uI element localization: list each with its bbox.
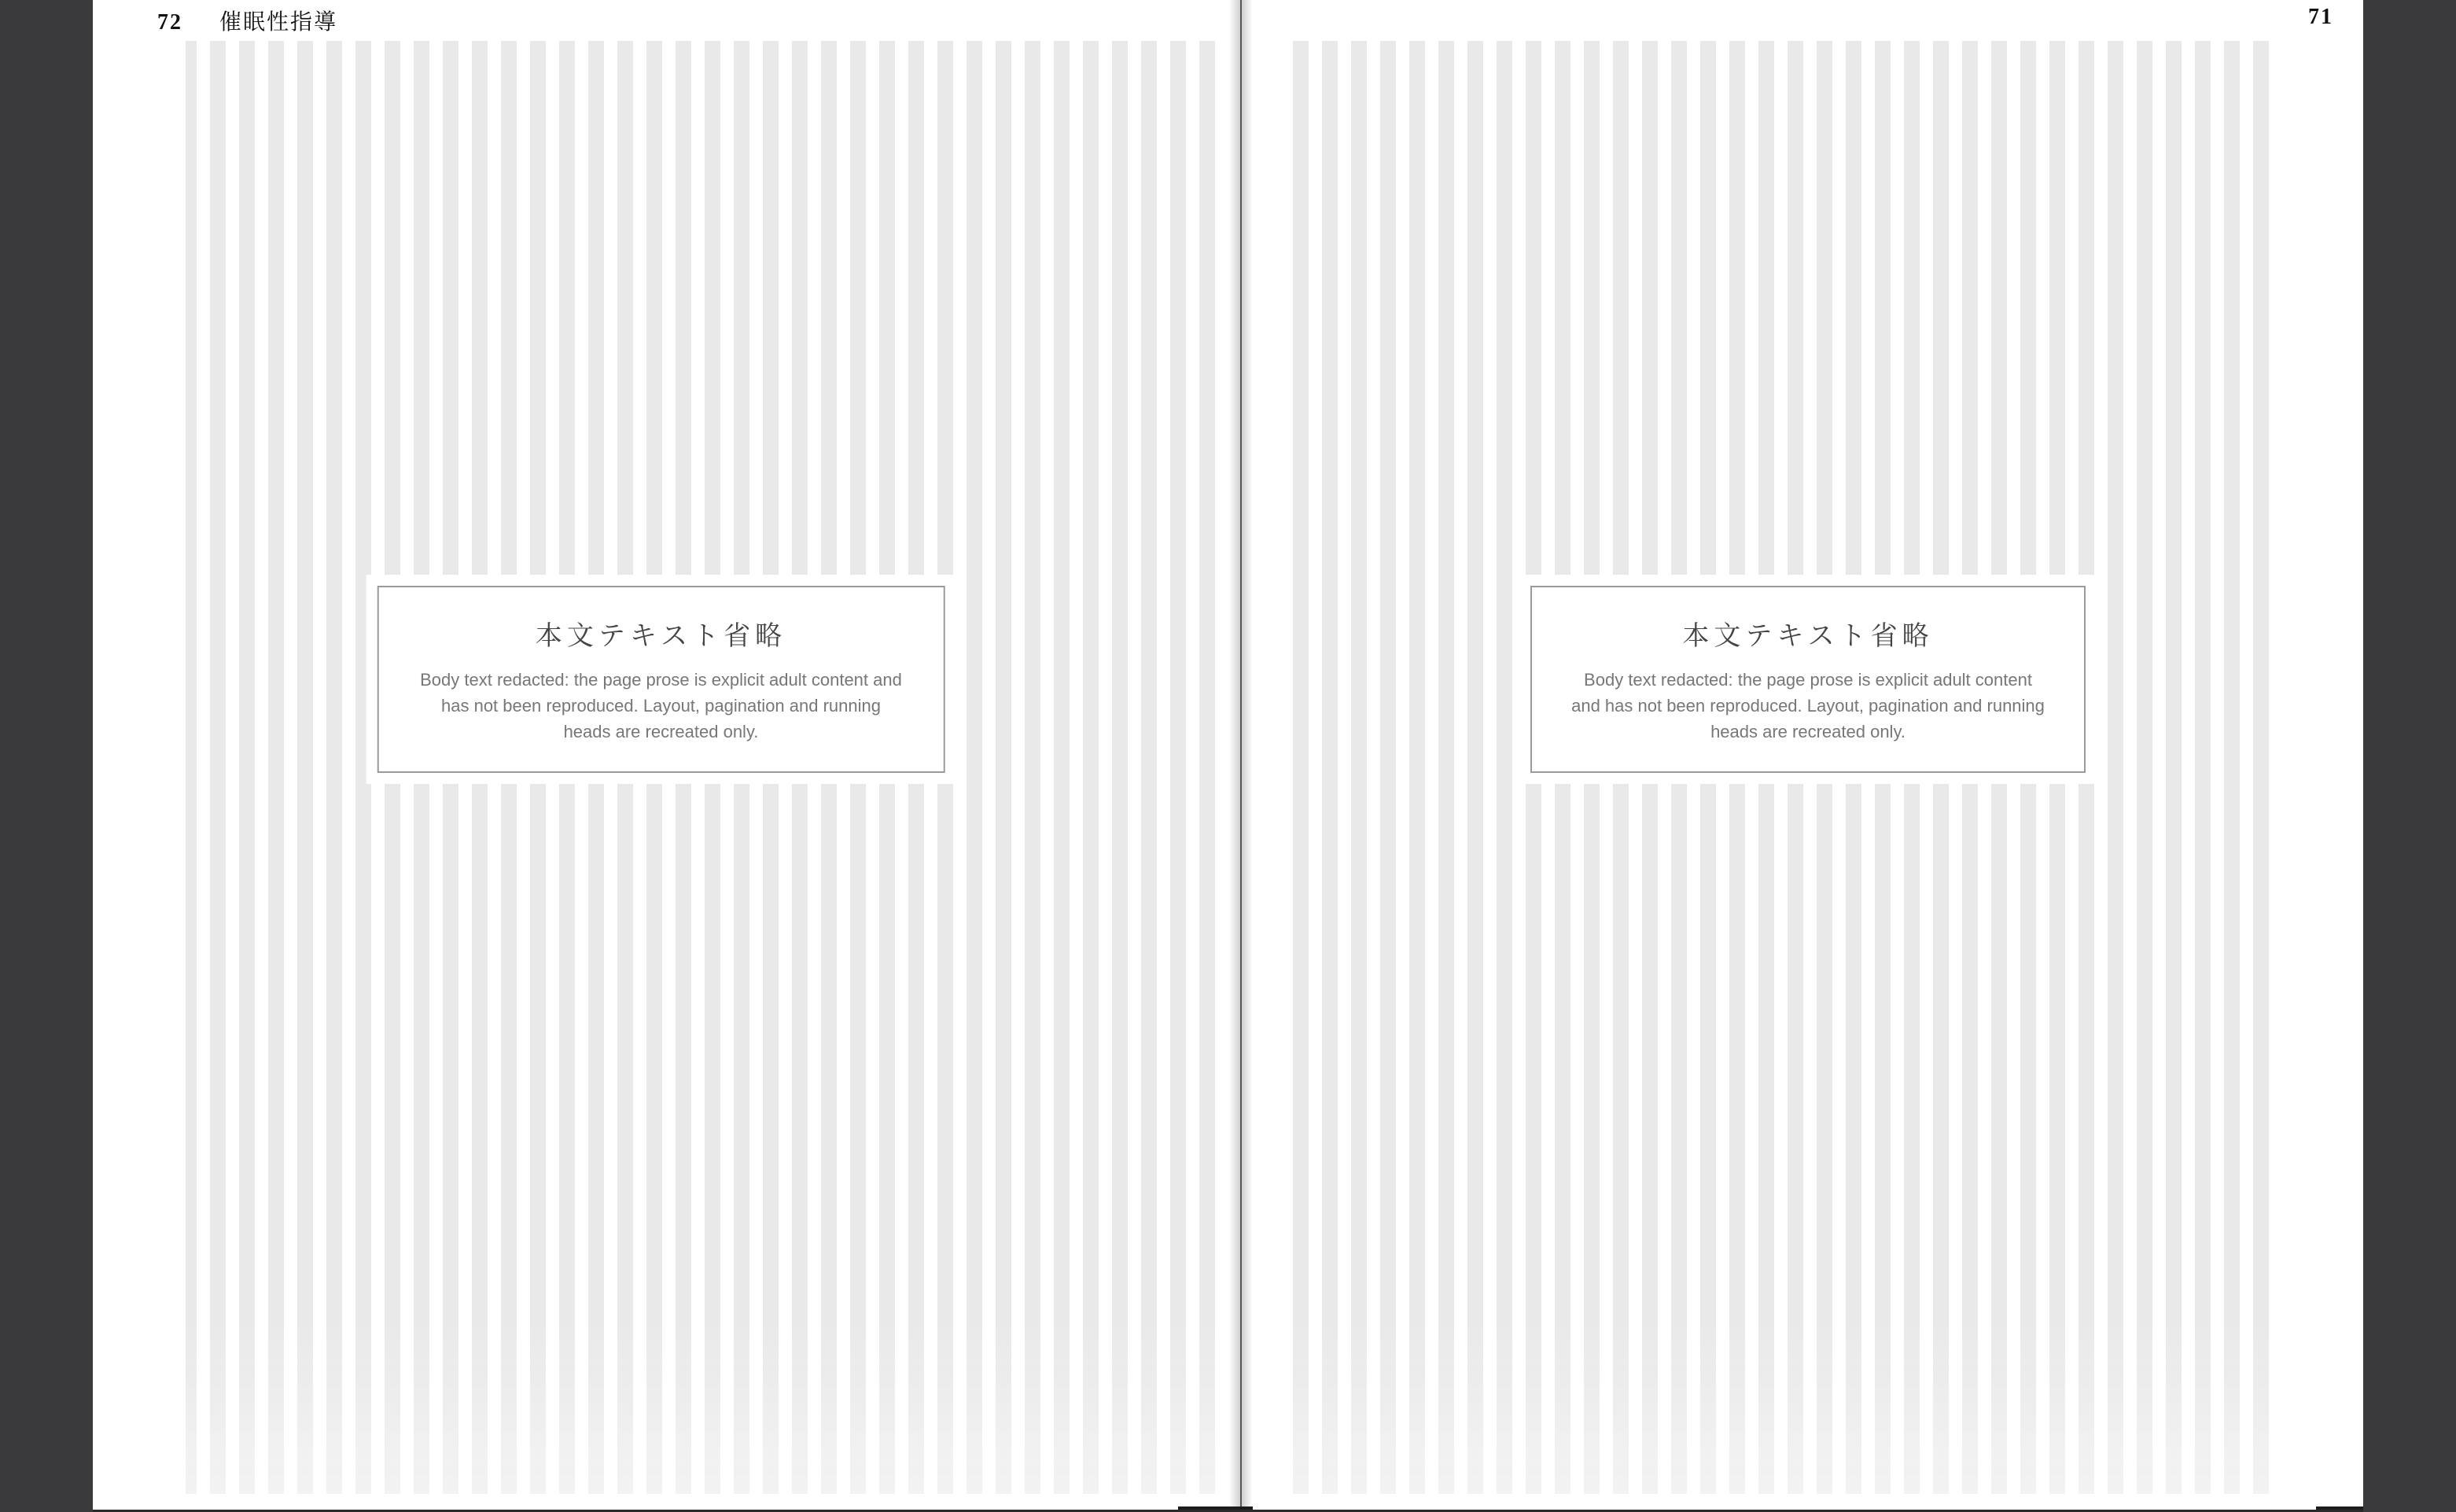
- page-gutter: [1229, 0, 1253, 1510]
- running-head-left: 72 催眠性指導: [157, 5, 337, 36]
- redaction-notice-right: 本文テキスト省略 Body text redacted: the page pr…: [1530, 586, 2086, 773]
- book-reader-viewport: 72 催眠性指導 本文テキスト省略 Body text redacted: th…: [0, 0, 2456, 1512]
- running-head-right: 71: [2308, 5, 2333, 30]
- page-right: 71 本文テキスト省略 Body text redacted: the page…: [1253, 0, 2363, 1510]
- page-number-left: 72: [157, 10, 182, 35]
- left-window-strip: [0, 0, 93, 1512]
- redaction-title: 本文テキスト省略: [416, 614, 906, 653]
- page-left: 72 催眠性指導 本文テキスト省略 Body text redacted: th…: [93, 0, 1229, 1510]
- gutter-bottom-mark: [1178, 1506, 1253, 1510]
- page-number-right: 71: [2308, 5, 2333, 29]
- redaction-notice-left: 本文テキスト省略 Body text redacted: the page pr…: [377, 586, 945, 773]
- redaction-note: Body text redacted: the page prose is ex…: [416, 667, 906, 745]
- two-page-spread: 72 催眠性指導 本文テキスト省略 Body text redacted: th…: [93, 0, 2363, 1512]
- redaction-note: Body text redacted: the page prose is ex…: [1570, 667, 2046, 745]
- redaction-title: 本文テキスト省略: [1570, 614, 2046, 653]
- running-title: 催眠性指導: [219, 9, 337, 35]
- right-window-strip: [2363, 0, 2456, 1512]
- page-edge-bottom-mark: [2316, 1506, 2363, 1510]
